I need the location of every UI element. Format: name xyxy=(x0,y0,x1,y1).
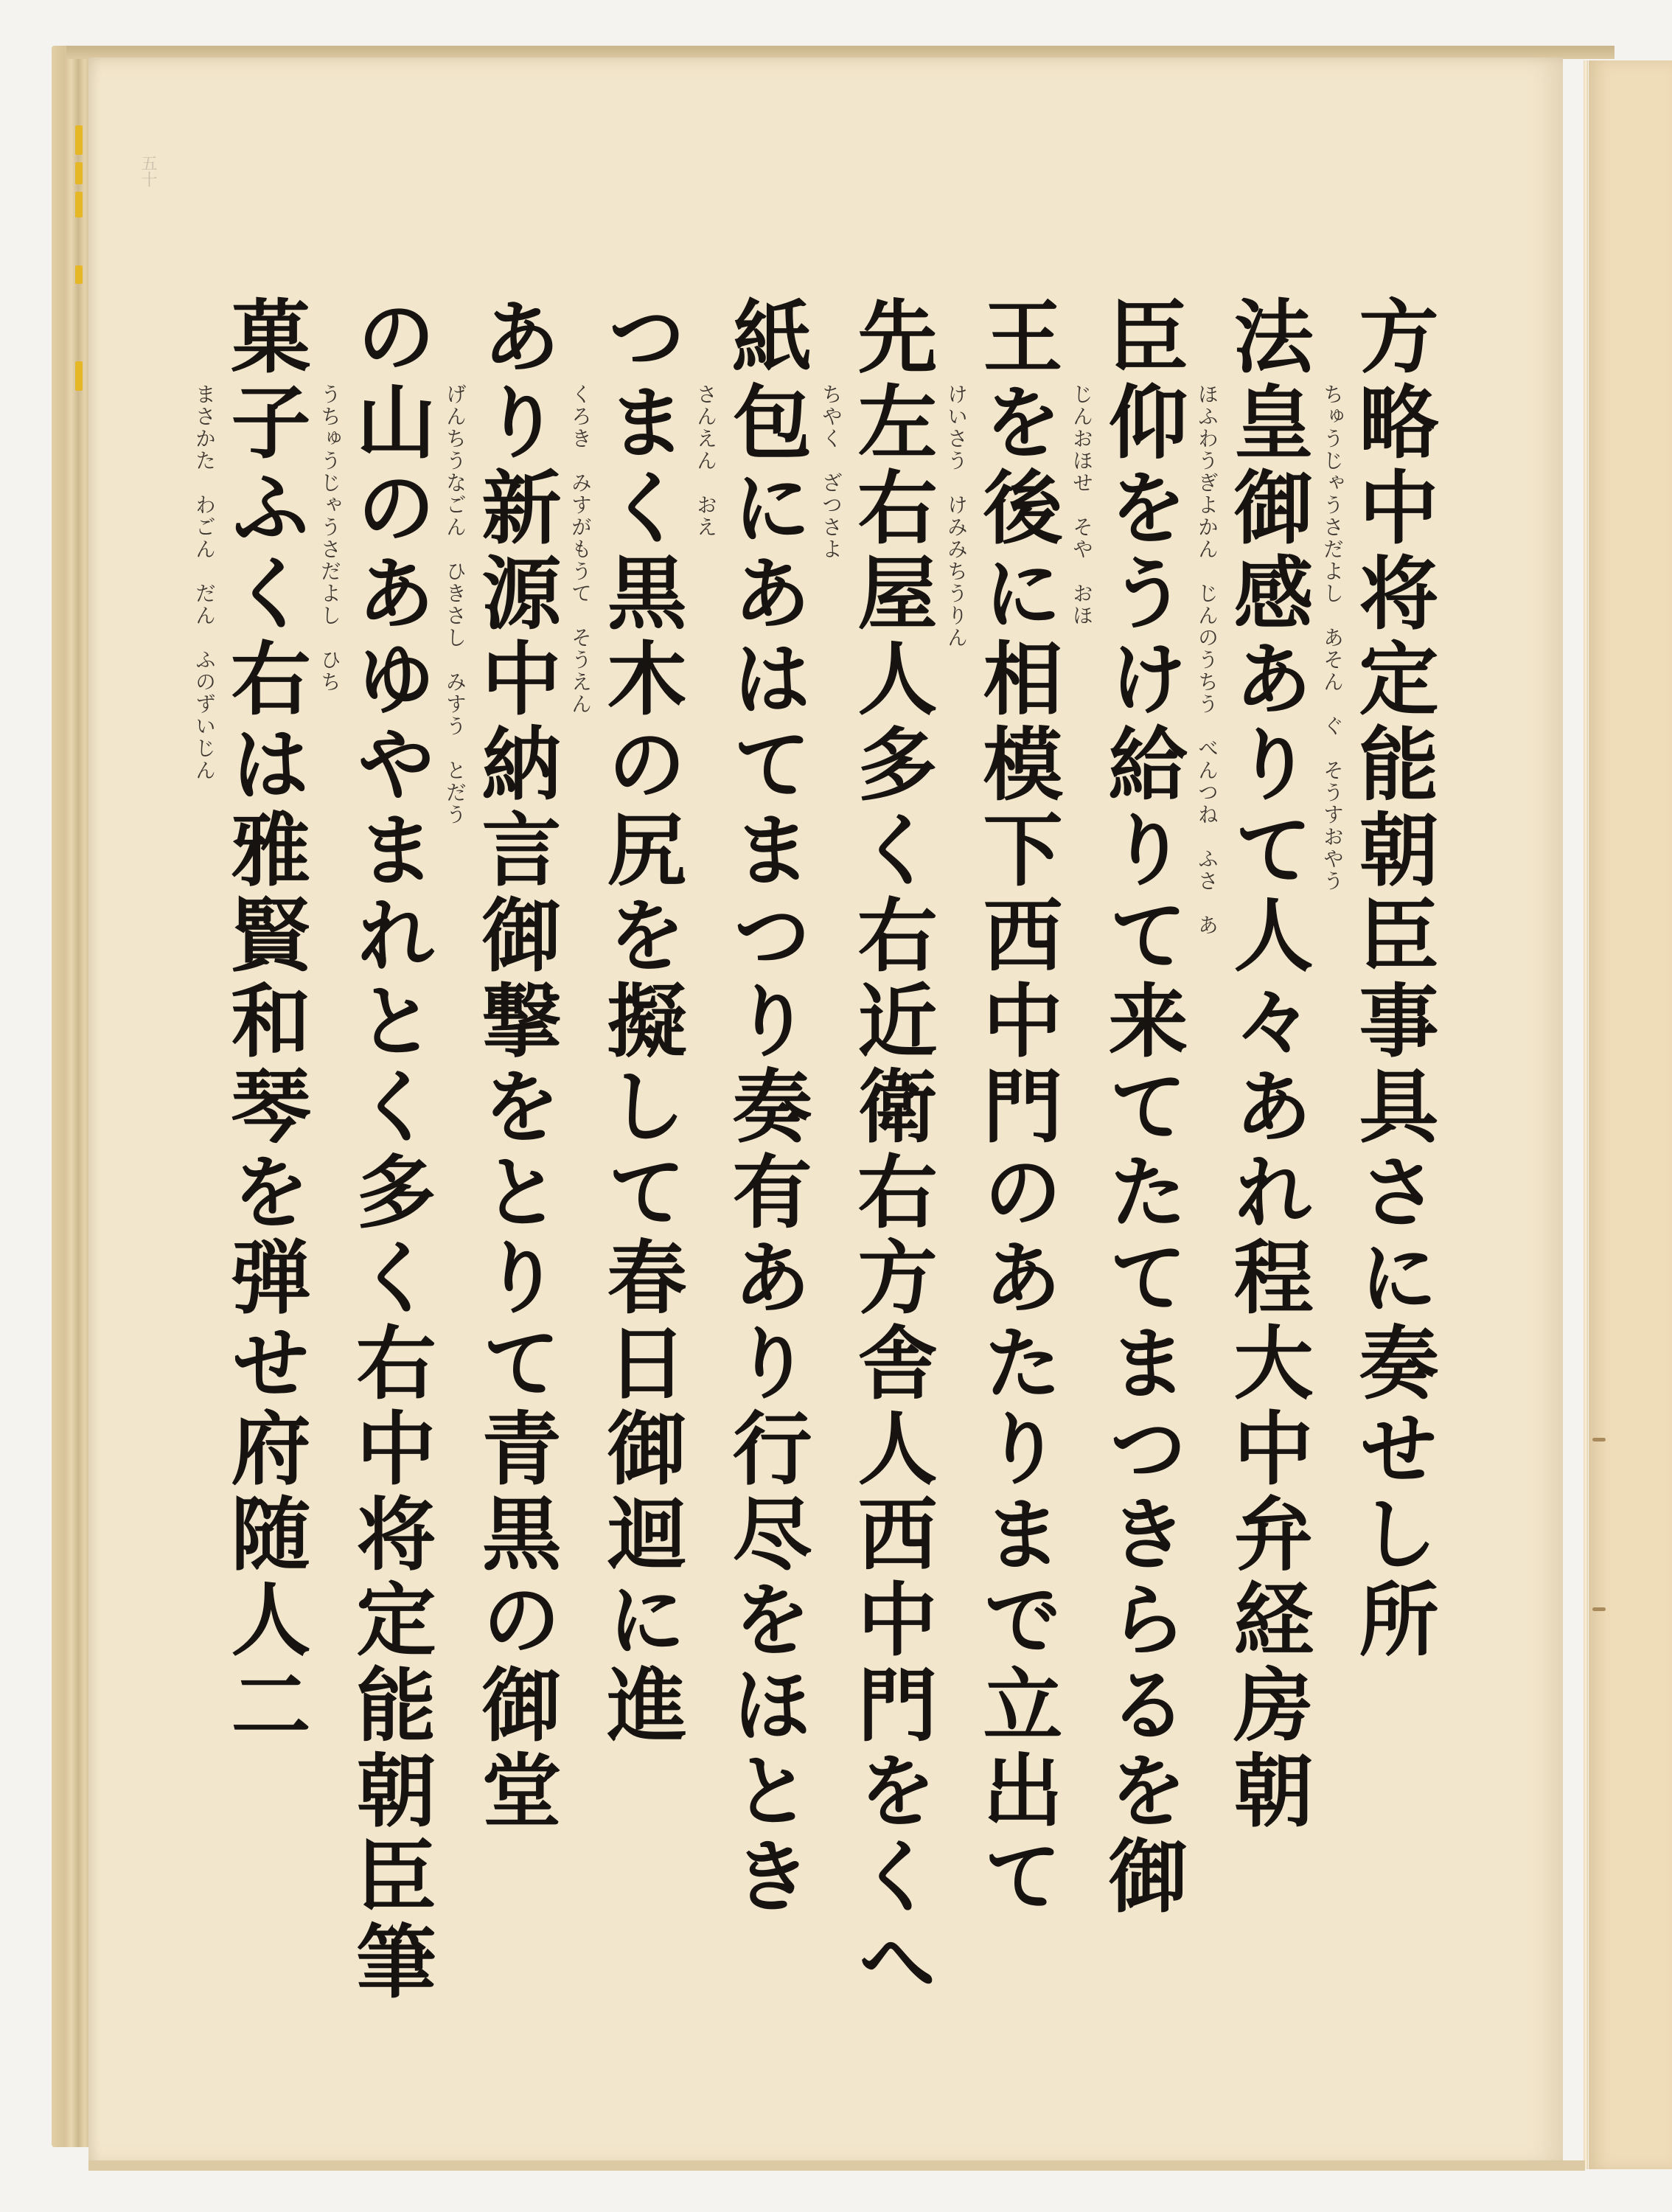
text-column-3: 臣仰をうけ給りて来てたてまつきらるを御 じんおほせ そや おほ xyxy=(1060,295,1185,2109)
column-text: の山のあゆやまれとく多く右中将定能朝臣筆 xyxy=(345,295,433,2006)
text-column-9: の山のあゆやまれとく多く右中将定能朝臣筆 うちゅうじゃうさだよし ひち xyxy=(308,295,433,2109)
gold-leaf-fleck xyxy=(75,361,83,391)
gold-leaf-fleck xyxy=(75,162,83,184)
column-text: 臣仰をうけ給りて来てたてまつきらるを御 xyxy=(1097,295,1185,1920)
facing-page-edge xyxy=(1589,60,1672,2169)
column-text: 法皇御感ありて人々あれ程大中弁経房朝 xyxy=(1222,295,1311,1834)
column-furigana: まさかた わごん だん ふのずいじん xyxy=(192,383,217,782)
column-furigana: ほふわうぎよかん じんのうちう べんつね ふさ あ xyxy=(1194,383,1219,936)
manuscript-text: 方略中将定能朝臣事具さに奏せし所 ちゅうじゃうさだよし あそん ぐ そうすおやう… xyxy=(183,295,1436,2109)
page-gutter xyxy=(1584,60,1588,2169)
column-furigana: じんおほせ そや おほ xyxy=(1069,383,1094,627)
gold-leaf-fleck xyxy=(75,125,83,155)
column-text: 紙包にあはてまつり奏有あり行尽をほとき xyxy=(721,295,809,1920)
binding-stitch xyxy=(1592,1438,1606,1441)
text-column-10: 菓子ふく右は雅賢和琴を弾せ府随人二 まさかた わごん だん ふのずいじん xyxy=(183,295,308,2109)
gold-leaf-fleck xyxy=(75,265,83,284)
column-text: 菓子ふく右は雅賢和琴を弾せ府随人二 xyxy=(220,295,308,1749)
text-column-7: つまく黒木の尻を擬して春日御迴に進 くろき みすがもうて そうえん xyxy=(559,295,684,2109)
text-column-1: 方略中将定能朝臣事具さに奏せし所 ちゅうじゃうさだよし あそん ぐ そうすおやう xyxy=(1311,295,1436,2109)
column-furigana: けいさう けみみちうりん xyxy=(944,383,969,649)
binding-stitch xyxy=(1592,1607,1606,1611)
column-text: 方略中将定能朝臣事具さに奏せし所 xyxy=(1348,295,1436,1663)
gold-leaf-fleck xyxy=(75,192,83,218)
column-text: つまく黒木の尻を擬して春日御迴に進 xyxy=(596,295,684,1749)
text-column-5: 先左右屋人多く右近衛右方舎人西中門をくへ ちやく ざつさよ xyxy=(809,295,935,2109)
column-text: あり新源中納言御撃をとりて青黒の御堂 xyxy=(470,295,559,1834)
column-furigana: うちゅうじゃうさだよし ひち xyxy=(317,383,342,693)
column-furigana: さんえん おえ xyxy=(693,383,718,538)
text-column-6: 紙包にあはてまつり奏有あり行尽をほとき さんえん おえ xyxy=(684,295,809,2109)
column-furigana: ちゅうじゃうさだよし あそん ぐ そうすおやう xyxy=(1320,383,1345,892)
text-column-2: 法皇御感ありて人々あれ程大中弁経房朝 ほふわうぎよかん じんのうちう べんつね … xyxy=(1185,295,1311,2109)
book-bottom-edge xyxy=(88,2160,1585,2171)
text-column-8: あり新源中納言御撃をとりて青黒の御堂 げんちうなごん ひきさし みすう とだう xyxy=(433,295,559,2109)
column-furigana: ちやく ざつさよ xyxy=(818,383,843,560)
column-text: 王を後に相模下西中門のあたりまで立出て xyxy=(972,295,1060,1920)
column-furigana: げんちうなごん ひきさし みすう とだう xyxy=(442,383,467,826)
column-furigana: くろき みすがもうて そうえん xyxy=(568,383,593,715)
text-column-4: 王を後に相模下西中門のあたりまで立出て けいさう けみみちうりん xyxy=(935,295,1060,2109)
faint-corner-mark: 五十 xyxy=(136,155,159,187)
column-text: 先左右屋人多く右近衛右方舎人西中門をくへ xyxy=(846,295,935,2006)
